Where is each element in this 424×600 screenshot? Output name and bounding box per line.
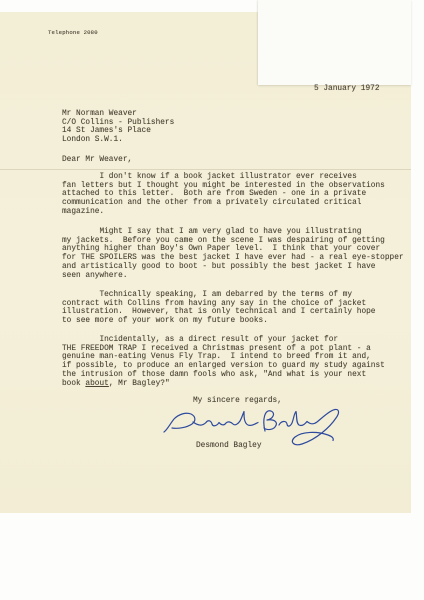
underlined-word-about: about	[85, 380, 108, 388]
typed-signature-name: Desmond Bagley	[196, 442, 262, 451]
body-paragraph-1: I don't know if a book jacket illustrato…	[62, 173, 385, 217]
fold-crease	[0, 169, 411, 170]
telephone-number: Telephone 2080	[48, 30, 98, 36]
scanned-letter-page: Telephone 2080 5 January 1972 Mr Norman …	[0, 0, 424, 600]
body-paragraph-4: Incidentally, as a direct result of your…	[62, 336, 385, 388]
body-paragraph-2: Might I say that I am very glad to have …	[62, 228, 404, 280]
letterhead-cover-patch	[258, 0, 411, 85]
body-paragraph-3: Technically speaking, I am debarred by t…	[62, 291, 376, 326]
salutation: Dear Mr Weaver,	[62, 156, 132, 165]
recipient-address: Mr Norman Weaver C/O Collins - Publisher…	[62, 110, 174, 145]
paragraph-4-text-end: , Mr Bagley?"	[109, 380, 170, 388]
letter-date: 5 January 1972	[314, 85, 380, 94]
